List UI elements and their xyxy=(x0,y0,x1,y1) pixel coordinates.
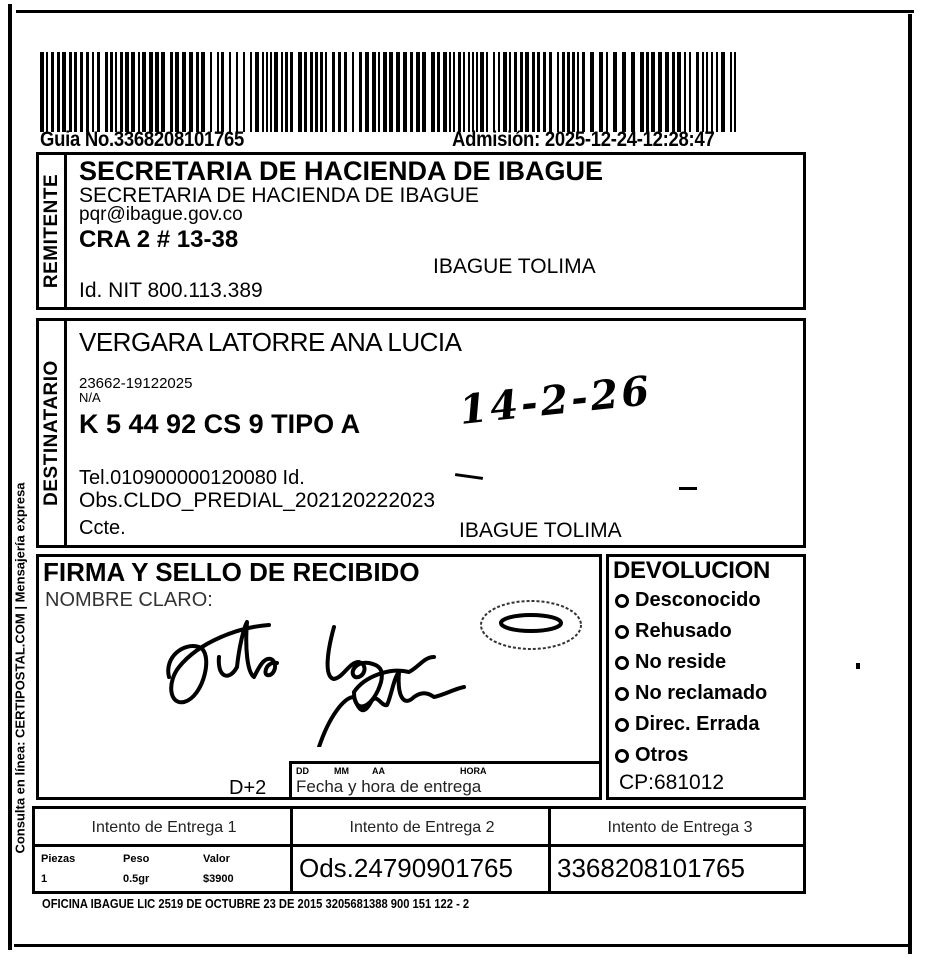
remitente-address: CRA 2 # 13-38 xyxy=(79,227,238,253)
radio-circle-icon[interactable] xyxy=(615,687,629,701)
radio-circle-icon[interactable] xyxy=(615,594,629,608)
peso-value: 0.5gr xyxy=(123,873,149,885)
devolucion-option-otros[interactable]: Otros xyxy=(615,744,688,767)
postal-code: CP:681012 xyxy=(619,771,724,795)
remitente-city: IBAGUE TOLIMA xyxy=(433,255,596,279)
fecha-col-hora: HORA xyxy=(460,766,487,776)
option-label: Rehusado xyxy=(635,620,732,643)
fecha-col-aa: AA xyxy=(372,766,460,776)
destinatario-label: DESTINATARIO xyxy=(41,360,63,506)
stray-mark xyxy=(856,663,860,669)
admision-date: Admisión: 2025-12-24-12:28:47 xyxy=(452,128,714,152)
intento-2-label: Intento de Entrega 2 xyxy=(293,819,551,837)
peso-label: Peso xyxy=(123,853,149,865)
handwritten-date: 14-2-26 xyxy=(457,367,654,434)
intento-1-label: Intento de Entrega 1 xyxy=(35,819,293,837)
remitente-label: REMITENTE xyxy=(41,174,63,288)
destinatario-city: IBAGUE TOLIMA xyxy=(459,519,622,543)
destinatario-reference: 23662-19122025 xyxy=(79,376,192,391)
destinatario-na: N/A xyxy=(79,391,101,404)
option-label: Desconocido xyxy=(635,589,761,612)
firma-section: FIRMA Y SELLO DE RECIBIDO NOMBRE CLARO: … xyxy=(36,554,602,800)
devolucion-option-rehusado[interactable]: Rehusado xyxy=(615,620,732,643)
piezas-value: 1 xyxy=(41,873,47,885)
option-label: Direc. Errada xyxy=(635,713,760,736)
pen-mark xyxy=(455,473,483,480)
devolucion-option-no-reclamado[interactable]: No reclamado xyxy=(615,682,767,705)
remitente-nit: Id. NIT 800.113.389 xyxy=(79,279,263,303)
remitente-section: REMITENTE SECRETARIA DE HACIENDA DE IBAG… xyxy=(36,152,806,310)
frame-bottom-border xyxy=(14,944,910,947)
service-code: D+2 xyxy=(229,777,266,800)
option-label: No reside xyxy=(635,651,726,674)
radio-circle-icon[interactable] xyxy=(615,749,629,763)
devolucion-option-direc-errada[interactable]: Direc. Errada xyxy=(615,713,760,736)
destinatario-side-label: DESTINATARIO xyxy=(39,321,67,545)
intentos-section: Intento de Entrega 1 Intento de Entrega … xyxy=(32,806,806,894)
fecha-entrega-box: DDMMAAHORA Fecha y hora de entrega xyxy=(289,761,601,799)
devolucion-option-no-reside[interactable]: No reside xyxy=(615,651,726,674)
fecha-col-dd: DD xyxy=(296,766,334,776)
destinatario-name: VERGARA LATORRE ANA LUCIA xyxy=(79,327,461,358)
frame-right-border xyxy=(908,14,912,954)
radio-circle-icon[interactable] xyxy=(615,625,629,639)
pen-mark xyxy=(679,487,697,490)
valor-value: $3900 xyxy=(203,873,234,885)
destinatario-ccte: Ccte. xyxy=(79,517,126,540)
option-label: No reclamado xyxy=(635,682,767,705)
barcode xyxy=(40,52,740,132)
fecha-columns: DDMMAAHORA xyxy=(296,766,487,776)
devolucion-option-desconocido[interactable]: Desconocido xyxy=(615,589,761,612)
remitente-side-label: REMITENTE xyxy=(39,155,67,307)
side-vertical-text: Consulta en línea: CERTIPOSTAL.COM | Men… xyxy=(13,482,28,853)
firma-title: FIRMA Y SELLO DE RECIBIDO xyxy=(43,557,420,588)
destinatario-address: K 5 44 92 CS 9 TIPO A xyxy=(79,409,360,440)
devolucion-section: DEVOLUCION Desconocido Rehusado No resid… xyxy=(606,554,806,800)
guia-number: Guia No.3368208101765 xyxy=(40,128,244,152)
remitente-email: pqr@ibague.gov.co xyxy=(79,205,243,225)
remitente-name-bold: SECRETARIA DE HACIENDA DE IBAGUE xyxy=(79,157,603,185)
ods-number: Ods.24790901765 xyxy=(299,853,513,884)
option-label: Otros xyxy=(635,744,688,767)
frame-left-border xyxy=(8,4,12,950)
fecha-label: Fecha y hora de entrega xyxy=(296,777,481,797)
devolucion-title: DEVOLUCION xyxy=(613,557,770,585)
footer-license: OFICINA IBAGUE LIC 2519 DE OCTUBRE 23 DE… xyxy=(42,896,469,911)
destinatario-obs: Obs.CLDO_PREDIAL_202120222023 xyxy=(79,489,435,513)
handwritten-signature xyxy=(159,597,589,747)
fecha-col-mm: MM xyxy=(334,766,372,776)
guia-number-box: 3368208101765 xyxy=(557,853,745,884)
valor-label: Valor xyxy=(203,853,230,865)
intento-3-label: Intento de Entrega 3 xyxy=(551,819,809,837)
frame-top-border xyxy=(16,10,914,13)
radio-circle-icon[interactable] xyxy=(615,656,629,670)
destinatario-tel: Tel.010900000120080 Id. xyxy=(79,467,305,490)
radio-circle-icon[interactable] xyxy=(615,718,629,732)
destinatario-section: DESTINATARIO VERGARA LATORRE ANA LUCIA 2… xyxy=(36,318,806,548)
piezas-label: Piezas xyxy=(41,853,75,865)
